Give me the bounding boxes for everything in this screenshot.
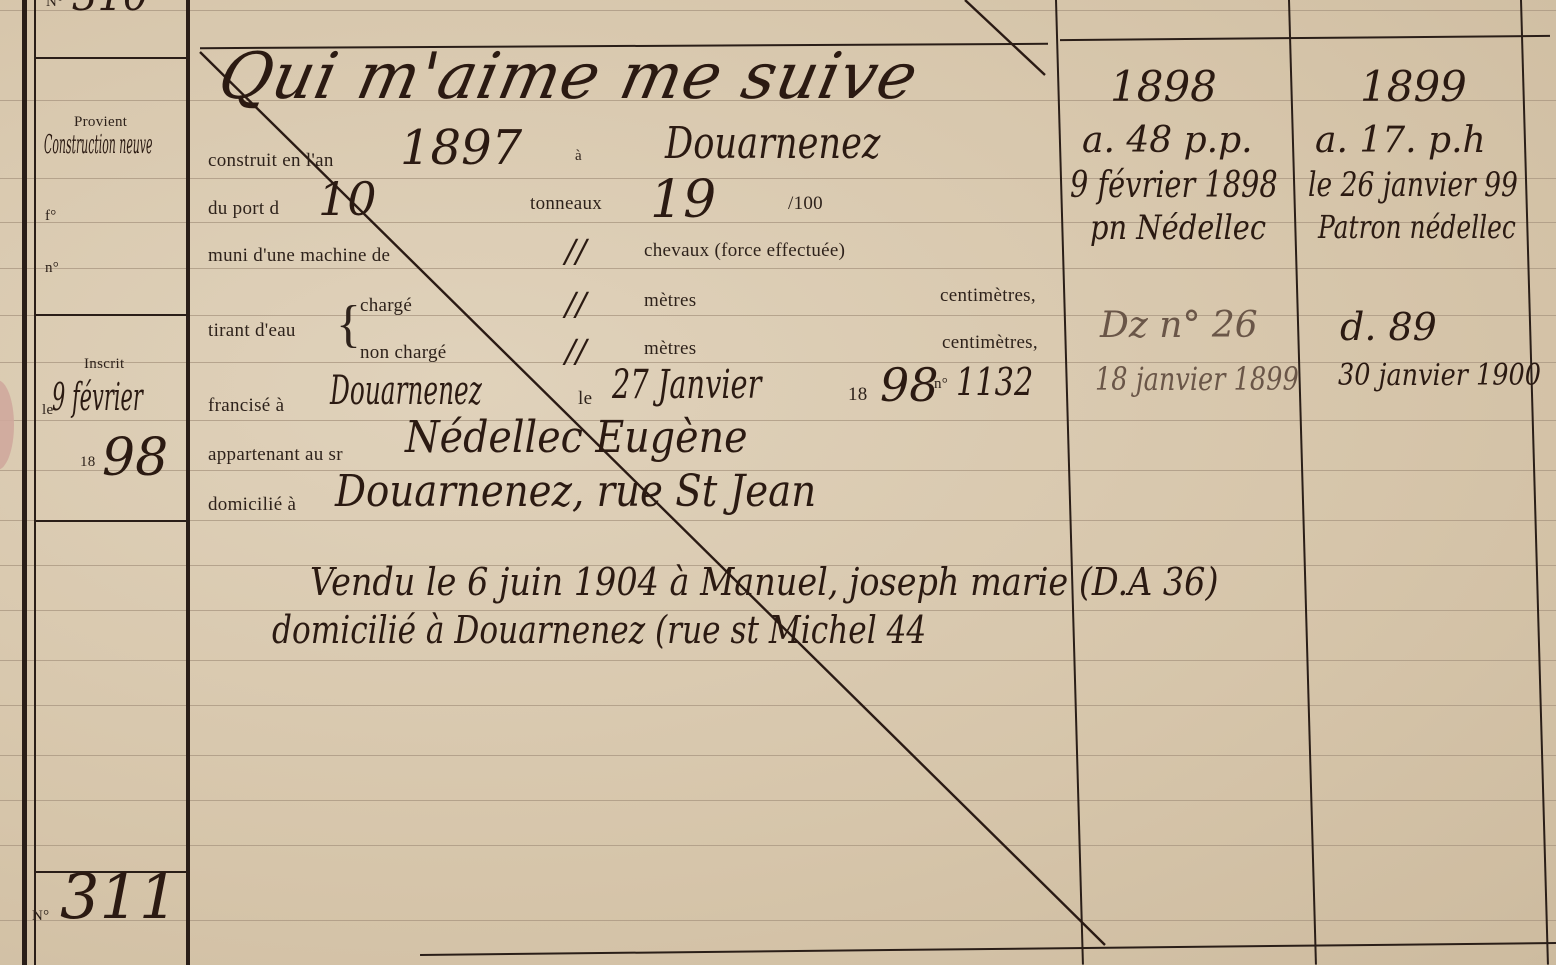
year-1899-line-3: Patron nédellec	[1318, 208, 1516, 246]
port-value: 10	[318, 172, 377, 226]
appartenant-label: appartenant au sr	[208, 444, 343, 466]
francise-place: Douarnenez	[330, 368, 482, 414]
construit-place: Douarnenez	[665, 118, 880, 169]
inscrit-year-prefix: 18	[80, 454, 96, 471]
tirant-label: tirant d'eau	[208, 320, 296, 342]
machine-value: //	[565, 232, 587, 270]
folio-label: f°	[45, 208, 57, 225]
chevaux-label: chevaux (force effectuée)	[644, 240, 845, 262]
top-entry-number-value: 310	[72, 0, 148, 20]
year-1899-line-2: le 26 janvier 99	[1308, 165, 1518, 205]
bottom-entry-number-label: N°	[32, 908, 49, 925]
year-1898-line-4: Dz n° 26	[1100, 305, 1258, 346]
francise-label: francisé à	[208, 395, 284, 417]
bottom-entry-number-value: 311	[60, 860, 178, 933]
owner-name: Nédellec Eugène	[405, 412, 748, 463]
francise-no-value: 1132	[956, 360, 1033, 404]
year-1899-line-1: a. 17. p.h	[1315, 120, 1486, 161]
year-1898-line-5: 18 janvier 1899	[1095, 360, 1299, 398]
charge-centimetres-label: centimètres,	[940, 285, 1036, 307]
domicile-value: Douarnenez, rue St Jean	[335, 466, 816, 517]
top-entry-number-label: N°	[46, 0, 63, 11]
francise-no-label: n°	[934, 376, 948, 393]
machine-label: muni d'une machine de	[208, 245, 390, 267]
tirant-brace: {	[336, 295, 361, 355]
tonneaux-unit: /100	[788, 193, 823, 215]
year-1898-line-2: 9 février 1898	[1070, 165, 1278, 206]
francise-le-label: le	[578, 388, 592, 410]
year-1899-line-5: 30 janvier 1900	[1338, 358, 1541, 393]
provient-value: Construction neuve	[44, 130, 152, 160]
charge-label: chargé	[360, 295, 412, 317]
sale-note-line-1: Vendu le 6 juin 1904 à Manuel, joseph ma…	[310, 560, 1219, 604]
non-charge-centimetres-label: centimètres,	[942, 332, 1038, 354]
tonneaux-value: 19	[650, 170, 716, 230]
inscrit-year-value: 98	[102, 428, 168, 488]
construit-year: 1897	[400, 120, 522, 176]
francise-year: 98	[880, 358, 939, 412]
charge-value: //	[565, 285, 587, 323]
charge-metres-label: mètres	[644, 290, 696, 312]
francise-date: 27 Janvier	[612, 362, 761, 408]
year-1898-heading: 1898	[1110, 62, 1217, 111]
sale-note-line-2: domicilié à Douarnenez (rue st Michel 44	[272, 608, 926, 652]
domicile-label: domicilié à	[208, 494, 296, 516]
tonneaux-label: tonneaux	[530, 193, 602, 215]
non-charge-metres-label: mètres	[644, 338, 696, 360]
ship-name: Qui m'aime me suive	[212, 40, 925, 114]
inscrit-label: Inscrit	[84, 356, 124, 373]
construit-label: construit en l'an	[208, 150, 334, 172]
francise-year-prefix: 18	[848, 384, 868, 406]
year-1898-line-1: a. 48 p.p.	[1082, 120, 1253, 161]
provient-label: Provient	[74, 114, 127, 131]
inscrit-date-value: 9 février	[52, 375, 143, 419]
year-1898-line-3: pn Nédellec	[1090, 208, 1266, 248]
non-charge-label: non chargé	[360, 342, 447, 364]
construit-a-label: à	[575, 148, 582, 165]
port-label: du port d	[208, 198, 279, 220]
year-1899-heading: 1899	[1360, 62, 1467, 111]
non-charge-value: //	[565, 332, 587, 370]
numero-label: n°	[45, 260, 59, 277]
year-1899-line-4: d. 89	[1340, 305, 1437, 349]
